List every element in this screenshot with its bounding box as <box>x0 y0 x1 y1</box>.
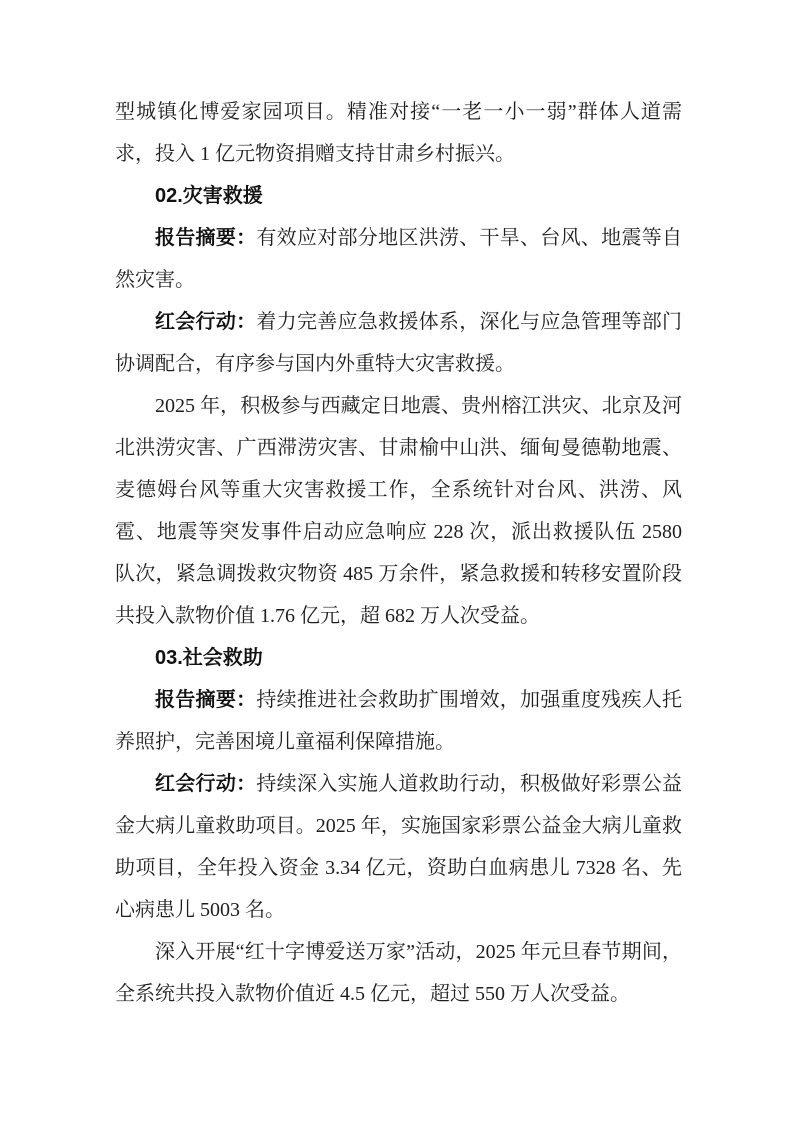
paragraph-text: 持续深入实施人道救助行动，积极做好彩票公益金大病儿童救助项目。2025 年，实施… <box>115 773 682 921</box>
paragraph-label: 红会行动： <box>155 311 256 333</box>
paragraph-report-summary: 报告摘要：有效应对部分地区洪涝、干旱、台风、地震等自然灾害。 <box>115 217 682 301</box>
paragraph-text: 深入开展“红十字博爱送万家”活动，2025 年元旦春节期间，全系统共投入款物价值… <box>115 941 682 1005</box>
document-content: 型城镇化博爱家园项目。精准对接“一老一小一弱”群体人道需求，投入 1 亿元物资捐… <box>115 91 682 1015</box>
paragraph-text: 型城镇化博爱家园项目。精准对接“一老一小一弱”群体人道需求，投入 1 亿元物资捐… <box>115 101 682 165</box>
paragraph-continuation: 型城镇化博爱家园项目。精准对接“一老一小一弱”群体人道需求，投入 1 亿元物资捐… <box>115 91 682 175</box>
paragraph-report-summary: 报告摘要：持续推进社会救助扩围增效，加强重度残疾人托养照护，完善困境儿童福利保障… <box>115 679 682 763</box>
paragraph-label: 红会行动： <box>155 773 256 795</box>
paragraph-label: 报告摘要： <box>155 227 256 249</box>
paragraph-redcross-action: 红会行动：着力完善应急救援体系，深化与应急管理等部门协调配合，有序参与国内外重特… <box>115 301 682 385</box>
paragraph-disaster-details: 2025 年，积极参与西藏定日地震、贵州榕江洪灾、北京及河北洪涝灾害、广西滞涝灾… <box>115 385 682 637</box>
document-page: 型城镇化博爱家园项目。精准对接“一老一小一弱”群体人道需求，投入 1 亿元物资捐… <box>0 0 793 1122</box>
paragraph-label: 报告摘要： <box>155 689 256 711</box>
section-heading-disaster-relief: 02.灾害救援 <box>115 175 682 217</box>
paragraph-redcross-action: 红会行动：持续深入实施人道救助行动，积极做好彩票公益金大病儿童救助项目。2025… <box>115 763 682 931</box>
paragraph-text: 2025 年，积极参与西藏定日地震、贵州榕江洪灾、北京及河北洪涝灾害、广西滞涝灾… <box>115 395 682 627</box>
section-heading-social-assistance: 03.社会救助 <box>115 637 682 679</box>
paragraph-songwanjia-activity: 深入开展“红十字博爱送万家”活动，2025 年元旦春节期间，全系统共投入款物价值… <box>115 931 682 1015</box>
